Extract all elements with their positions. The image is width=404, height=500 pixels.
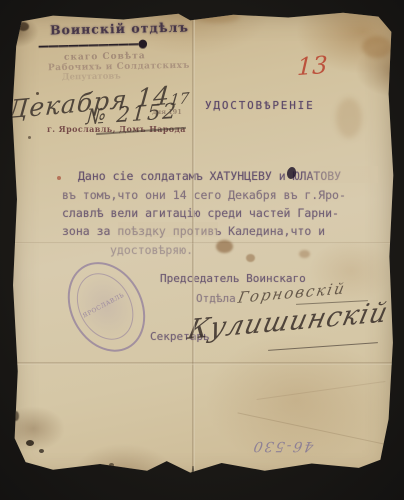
- stain: [299, 250, 310, 258]
- stain: [196, 10, 240, 23]
- photo-backdrop: Воинскій отдѣлъ ——————————● скаго Совѣта…: [0, 0, 404, 500]
- body-line: славлѣ вели агитацію среди частей Гарни-: [62, 206, 339, 220]
- chairman-title-line1: Председатель Воинскаго: [160, 272, 306, 285]
- horizontal-fold-line: [6, 362, 398, 365]
- fold-tear-gap: [190, 466, 196, 486]
- stain: [13, 411, 19, 421]
- stain: [18, 22, 29, 31]
- red-archive-number: 13: [297, 51, 328, 81]
- stain: [26, 440, 34, 446]
- oval-stamp: ЯРОСЛАВЛЬ: [41, 241, 171, 371]
- letterhead-struck-line: ——————————●: [38, 37, 147, 53]
- horizontal-fold-line: [6, 242, 398, 244]
- document-photo: Воинскій отдѣлъ ——————————● скаго Совѣта…: [6, 8, 398, 486]
- chairman-title-line2: Отдѣла: [196, 292, 236, 305]
- stain: [336, 98, 362, 138]
- letterhead-council-line3: Депутатовъ: [62, 71, 121, 82]
- stain: [246, 254, 255, 262]
- signature-flourish: [268, 342, 378, 351]
- stain: [28, 136, 31, 139]
- stain: [362, 36, 392, 58]
- body-line: Дано сіе солдатамъ ХАТУНЦЕВУ и ЮЛАТОВУ: [78, 169, 341, 183]
- stain: [109, 463, 114, 467]
- stain: [216, 240, 233, 253]
- body-line: въ томъ,что они 14 сего Декабря въ г.Яро…: [62, 188, 346, 202]
- diagonal-crease: [257, 381, 386, 400]
- document-title: УДОСТОВѢРЕНІЕ: [205, 99, 315, 112]
- stain: [57, 176, 61, 180]
- body-line: зона за поѣздку противъ Каледина,что и: [62, 224, 325, 238]
- inventory-number-inverted: 46-530: [251, 438, 315, 454]
- letterhead-department: Воинскій отдѣлъ: [50, 20, 189, 38]
- stain: [39, 449, 44, 453]
